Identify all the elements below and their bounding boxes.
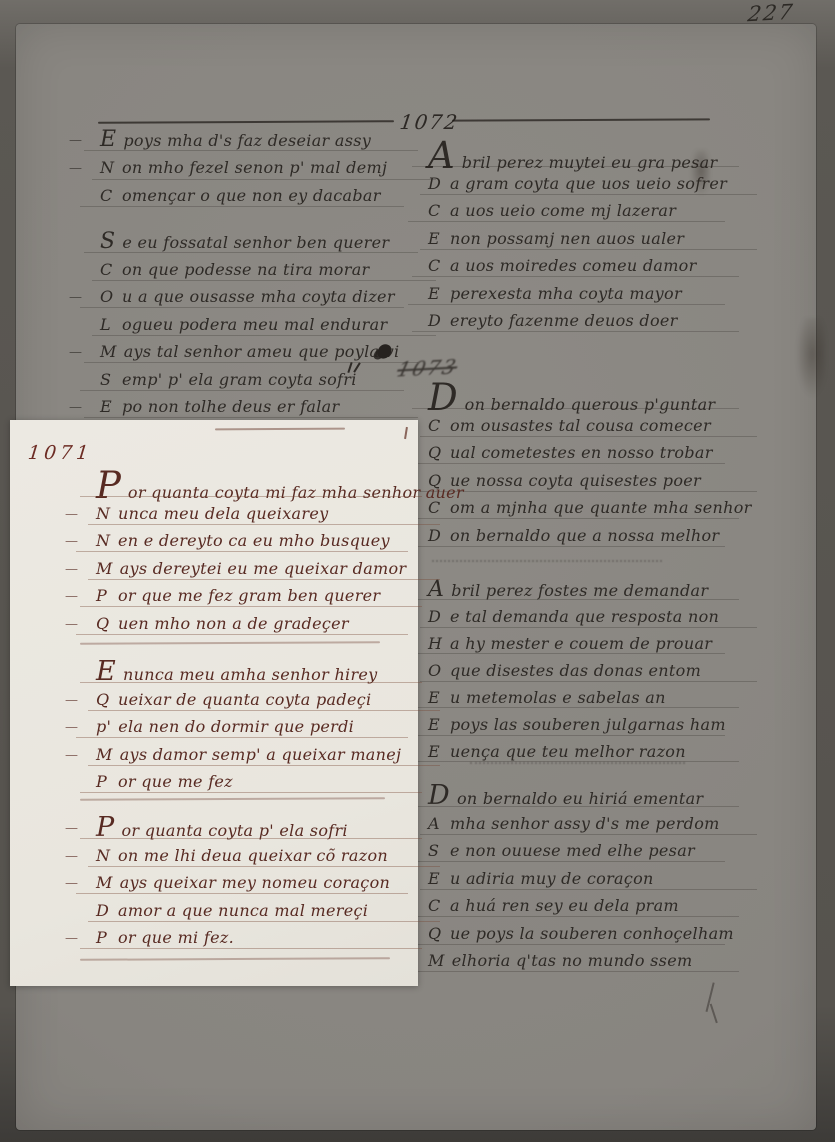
verse-line: Ca uos ueio come mj lazerar — [428, 197, 713, 225]
verse-line: Logueu podera meu mal endurar — [100, 311, 392, 339]
verse-line: Que nossa coyta quisestes poer — [428, 467, 713, 495]
verse-line: Epo non tolhe deus er falar — [100, 393, 392, 421]
verse-text: unca meu dela queixarey — [118, 504, 328, 523]
verse-text: poys las souberen julgarnas ham — [450, 715, 726, 734]
verse-line: Don bernaldo que a nossa melhor — [428, 522, 713, 550]
stanza-right-4: Don bernaldo eu hiriá ementar Amha senho… — [428, 782, 713, 975]
verse-text: a uos ueio come mj lazerar — [450, 201, 676, 220]
verse-initial: N — [100, 154, 115, 182]
verse-initial: N — [96, 527, 111, 555]
verse-text: on bernaldo eu hiriá ementar — [457, 789, 703, 808]
verse-text: bril perez fostes me demandar — [451, 581, 708, 600]
verse-text: u adiria muy de coraçon — [450, 869, 654, 888]
verse-initial: P — [96, 472, 121, 500]
verse-initial: O — [428, 657, 443, 684]
verse-initial: M — [100, 338, 117, 366]
verse-initial: D — [428, 384, 458, 412]
verse-initial: E — [96, 658, 116, 686]
verse-line: Epoys las souberen julgarnas ham — [428, 711, 713, 738]
verse-initial: C — [100, 182, 115, 210]
margin-smudge — [796, 318, 826, 398]
verse-text: uen mho non a de gradeçer — [118, 614, 349, 633]
verse-initial: M — [96, 741, 113, 769]
verse-line: Començar o que non ey dacabar — [100, 182, 392, 210]
verse-text: po non tolhe deus er falar — [122, 397, 339, 416]
verse-line: Eu adiria muy de coraçon — [428, 865, 713, 893]
verse-text: ays queixar mey nomeu coraçon — [120, 873, 390, 892]
verse-line: Oque disestes das donas entom — [428, 657, 713, 684]
verse-initial: D — [428, 170, 443, 198]
verse-line: Don bernaldo querous p'guntar — [428, 384, 713, 412]
verse-text: or quanta coyta p' ela sofri — [121, 821, 347, 840]
stanza-left-1: Epoys mha d's faz deseiar assy Non mho f… — [100, 126, 392, 210]
verse-line: Nunca meu dela queixarey — [96, 500, 396, 528]
verse-line: Damor a que nunca mal mereçi — [96, 897, 396, 925]
verse-initial: P — [96, 582, 111, 610]
folio-number: 227 — [746, 0, 795, 26]
highlighted-excerpt: 1071 Por quanta coyta mi faz mha senhor … — [10, 420, 418, 986]
verse-line: Enon possamj nen auos ualer — [428, 225, 713, 253]
verse-text: ogueu podera meu mal endurar — [122, 315, 387, 334]
verse-text: ays damor semp' a queixar manej — [120, 745, 402, 764]
verse-initial: Q — [96, 610, 111, 638]
verse-text: ueixar de quanta coyta padeçi — [118, 690, 371, 709]
verse-text: om a mjnha que quante mha senhor — [450, 498, 752, 517]
verse-initial: O — [100, 283, 115, 311]
verse-line: Don bernaldo eu hiriá ementar — [428, 782, 713, 810]
stanza-left-2: Se eu fossatal senhor ben querer Con que… — [100, 228, 392, 421]
verse-initial: S — [100, 228, 115, 256]
verse-initial: E — [100, 126, 116, 154]
verse-initial: E — [428, 711, 443, 738]
verse-line: Da gram coyta que uos ueio sofrer — [428, 170, 713, 198]
verse-line: Por quanta coyta p' ela sofri — [96, 814, 396, 842]
verse-line: Com a mjnha que quante mha senhor — [428, 494, 713, 522]
verse-initial: A — [428, 576, 444, 603]
verse-text: on me lhi deua queixar cõ razon — [118, 846, 388, 865]
verse-initial: D — [428, 603, 443, 630]
verse-line: De tal demanda que resposta non — [428, 603, 713, 630]
verse-initial: M — [96, 869, 113, 897]
verse-line: Se non ouuese med elhe pesar — [428, 837, 713, 865]
verse-line: Non mho fezel senon p' mal demj — [100, 154, 392, 182]
verse-line: Ca huá ren sey eu dela pram — [428, 892, 713, 920]
ruled-line — [80, 957, 390, 961]
verse-initial: A — [428, 142, 455, 170]
verse-line: Abril perez fostes me demandar — [428, 576, 713, 603]
verse-text: om ousastes tal cousa comecer — [450, 416, 711, 435]
verse-text: nunca meu amha senhor hirey — [123, 665, 378, 684]
margin-smudge — [690, 150, 710, 196]
verse-initial: p' — [96, 713, 111, 741]
verse-text: ereyto fazenme deuos doer — [450, 311, 678, 330]
verse-initial: M — [428, 947, 445, 975]
verse-initial: E — [428, 225, 443, 253]
verse-line: Qual cometestes en nosso trobar — [428, 439, 713, 467]
verse-text: ue poys la souberen conhoçelham — [450, 924, 734, 943]
verse-initial: E — [428, 684, 443, 711]
verse-text: uença que teu melhor razon — [450, 742, 686, 761]
verse-line: p'ela nen do dormir que perdi — [96, 713, 396, 741]
verse-initial: Q — [428, 439, 443, 467]
verse-text: or que mi fez. — [118, 928, 234, 947]
verse-line: Que poys la souberen conhoçelham — [428, 920, 713, 948]
faint-line — [470, 762, 685, 764]
manuscript-photo: 227 Epoys mha d's faz deseiar assy Non m… — [0, 0, 835, 1142]
poem-number-1071: 1071 — [27, 442, 94, 464]
verse-text: ays dereytei eu me queixar damor — [120, 559, 407, 578]
verse-line: Ha hy mester e couem de prouar — [428, 630, 713, 657]
verse-initial: C — [428, 197, 443, 225]
verse-initial: C — [428, 892, 443, 920]
verse-text: en e dereyto ca eu mho busquey — [118, 531, 390, 550]
verse-line: Mays dereytei eu me queixar damor — [96, 555, 396, 583]
verse-line: Se eu fossatal senhor ben querer — [100, 228, 392, 256]
verse-text: or que me fez — [118, 772, 233, 791]
verse-initial: M — [96, 555, 113, 583]
stray-mark — [404, 427, 408, 439]
verse-text: mha senhor assy d's me perdom — [450, 814, 720, 833]
stanza-right-3: Abril perez fostes me demandar De tal de… — [428, 576, 713, 765]
verse-text: on bernaldo que a nossa melhor — [450, 526, 719, 545]
verse-line: Epoys mha d's faz deseiar assy — [100, 126, 392, 154]
verse-initial: E — [428, 280, 443, 308]
poem-number-1072: 1072 — [398, 110, 460, 134]
verse-initial: N — [96, 500, 111, 528]
verse-line: Enunca meu amha senhor hirey — [96, 658, 396, 686]
verse-line: Por que mi fez. — [96, 924, 396, 952]
verse-line: Euença que teu melhor razon — [428, 738, 713, 765]
ruled-line — [215, 428, 345, 431]
verse-line: Ca uos moiredes comeu damor — [428, 252, 713, 280]
stanza-right-1: Abril perez muytei eu gra pesar Da gram … — [428, 142, 713, 335]
verse-initial: A — [428, 810, 443, 838]
verse-line: Quen mho non a de gradeçer — [96, 610, 396, 638]
verse-line: Amha senhor assy d's me perdom — [428, 810, 713, 838]
verse-initial: N — [96, 842, 111, 870]
verse-initial: C — [428, 252, 443, 280]
ruled-line — [80, 797, 385, 801]
verse-text: u metemolas e sabelas an — [450, 688, 666, 707]
verse-text: elhoria q'tas no mundo ssem — [452, 951, 693, 970]
stanza-box-2: Enunca meu amha senhor hirey Queixar de … — [96, 658, 396, 796]
verse-initial: D — [428, 307, 443, 335]
verse-initial: C — [100, 256, 115, 284]
stanza-box-3: Por quanta coyta p' ela sofri Non me lhi… — [96, 814, 396, 952]
verse-line: Com ousastes tal cousa comecer — [428, 412, 713, 440]
verse-initial: D — [428, 782, 450, 810]
verse-initial: L — [100, 311, 115, 339]
verse-text: ela nen do dormir que perdi — [118, 717, 354, 736]
verse-line: Por que me fez gram ben querer — [96, 582, 396, 610]
verse-line: Por quanta coyta mi faz mha senhor auer — [96, 472, 396, 500]
stanza-box-1: Por quanta coyta mi faz mha senhor auer … — [96, 472, 396, 637]
verse-text: perexesta mha coyta mayor — [450, 284, 682, 303]
verse-initial: P — [96, 924, 111, 952]
verse-text: que disestes das donas entom — [450, 661, 701, 680]
verse-initial: H — [428, 630, 443, 657]
verse-line: Por que me fez — [96, 768, 396, 796]
verse-text: poys mha d's faz deseiar assy — [123, 131, 371, 150]
verse-text: amor a que nunca mal mereçi — [118, 901, 368, 920]
faint-line — [432, 560, 662, 562]
verse-initial: D — [428, 522, 443, 550]
verse-line: Queixar de quanta coyta padeçi — [96, 686, 396, 714]
verse-initial: P — [96, 814, 114, 842]
verse-initial: S — [100, 366, 115, 394]
verse-initial: Q — [96, 686, 111, 714]
superscript-marks — [349, 362, 365, 375]
verse-initial: E — [428, 738, 443, 765]
verse-initial: P — [96, 768, 111, 796]
verse-text: u a que ousasse mha coyta dizer — [122, 287, 395, 306]
verse-line: Mays damor semp' a queixar manej — [96, 741, 396, 769]
verse-text: e eu fossatal senhor ben querer — [122, 233, 389, 252]
verse-line: Non me lhi deua queixar cõ razon — [96, 842, 396, 870]
verse-line: Abril perez muytei eu gra pesar — [428, 142, 713, 170]
verse-text: or que me fez gram ben querer — [118, 586, 380, 605]
verse-initial: C — [428, 412, 443, 440]
verse-initial: E — [100, 393, 115, 421]
margin-scribble — [699, 983, 723, 1031]
verse-text: ays tal senhor ameu que poyla vi — [124, 342, 400, 361]
verse-text: e tal demanda que resposta non — [450, 607, 719, 626]
verse-text: ue nossa coyta quisestes poer — [450, 471, 701, 490]
verse-text: omençar o que non ey dacabar — [122, 186, 381, 205]
verse-line: Mays queixar mey nomeu coraçon — [96, 869, 396, 897]
verse-text: emp' p' ela gram coyta sofri — [122, 370, 357, 389]
verse-line: Dereyto fazenme deuos doer — [428, 307, 713, 335]
verse-text: a gram coyta que uos ueio sofrer — [450, 174, 727, 193]
verse-text: e non ouuese med elhe pesar — [450, 841, 695, 860]
verse-line: Eu metemolas e sabelas an — [428, 684, 713, 711]
verse-line: Melhoria q'tas no mundo ssem — [428, 947, 713, 975]
verse-line: Nen e dereyto ca eu mho busquey — [96, 527, 396, 555]
verse-line: Eperexesta mha coyta mayor — [428, 280, 713, 308]
verse-text: on mho fezel senon p' mal demj — [122, 158, 387, 177]
verse-line: Ou a que ousasse mha coyta dizer — [100, 283, 392, 311]
verse-initial: D — [96, 897, 111, 925]
verse-text: a huá ren sey eu dela pram — [450, 896, 679, 915]
ruled-line — [80, 641, 380, 645]
stanza-right-2: Don bernaldo querous p'guntar Com ousast… — [428, 384, 713, 549]
verse-text: a hy mester e couem de prouar — [450, 634, 712, 653]
verse-text: ual cometestes en nosso trobar — [450, 443, 713, 462]
verse-initial: E — [428, 865, 443, 893]
verse-line: Con que podesse na tira morar — [100, 256, 392, 284]
verse-text: non possamj nen auos ualer — [450, 229, 684, 248]
verse-text: a uos moiredes comeu damor — [450, 256, 697, 275]
verse-text: on que podesse na tira morar — [122, 260, 369, 279]
verse-initial: S — [428, 837, 443, 865]
verse-initial: Q — [428, 920, 443, 948]
